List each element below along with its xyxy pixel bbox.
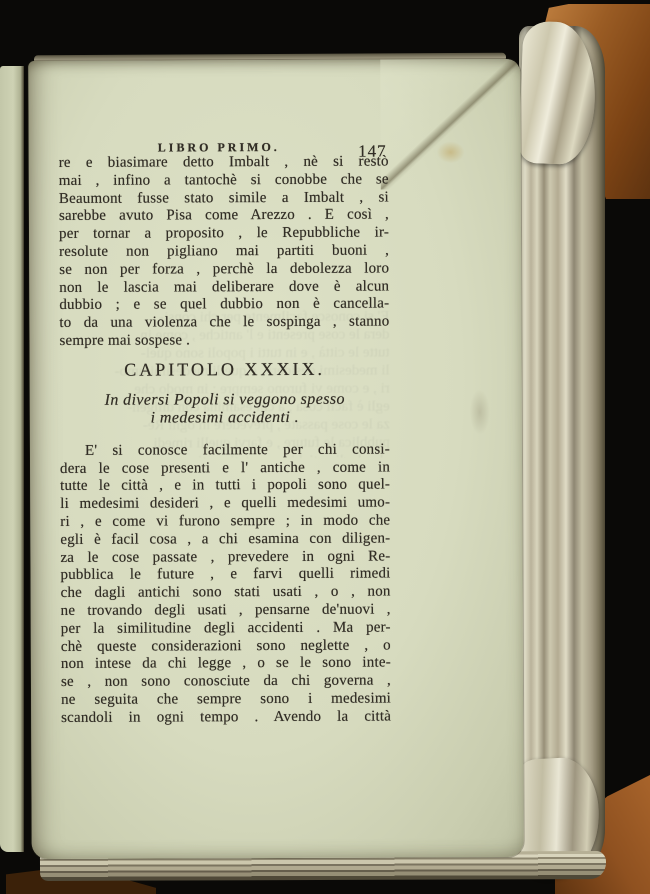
printed-text-block: LIBRO PRIMO. 147 re e biasimare detto Im… (59, 136, 392, 728)
text-line: dera le cose presenti e l' antiche , com… (60, 459, 390, 478)
text-line: per la similitudine degli accidenti . Ma… (61, 619, 391, 638)
page-corner-crease (380, 59, 521, 190)
text-line: se non per forza , perchè la debolezza l… (59, 260, 389, 279)
text-line: che dagli antichi sono stati usati , o ,… (61, 584, 391, 603)
text-line: pubblica le future , e farvi quelli rime… (60, 566, 390, 585)
text-line: chè queste considerazioni sono neglette … (61, 637, 391, 656)
text-line: non intese da chi legge , o se le sono i… (61, 655, 391, 674)
text-line: ri , e come vi furono sempre ; in modo c… (60, 512, 390, 531)
text-line: sarebbe avuto Pisa come Arezzo . E così … (59, 207, 389, 226)
text-line: re e biasimare detto Imbalt , nè si rest… (59, 154, 389, 173)
text-line: per tornar a proposito , le Repubbliche … (59, 225, 389, 244)
text-line: E' si conosce facilmente per chi consi- (60, 441, 390, 460)
text-line: resolute non pigliano mai partiti buoni … (59, 242, 389, 261)
text-line: ne seguita che sempre sono i medesimi (61, 690, 391, 709)
foxing-stain (437, 141, 465, 163)
running-head: LIBRO PRIMO. 147 (59, 136, 389, 153)
paragraph-1: re e biasimare detto Imbalt , nè si rest… (59, 154, 390, 351)
text-line: scandoli in ogni tempo . Avendo la città (61, 708, 391, 727)
text-line: to da una violenza che le sospinga , sta… (59, 314, 389, 333)
foxing-stain (470, 389, 490, 435)
text-line: se , non sono conosciute da chi governa … (61, 673, 391, 692)
text-line: dubbio ; e se quel dubbio non è cancella… (59, 296, 389, 315)
text-line: Beaumont fusse stato simile a Imbalt , s… (59, 189, 389, 208)
text-line: egli è facil cosa , a chi esamina con di… (60, 530, 390, 549)
text-line: mai , infino a tantochè si conobbe che s… (59, 171, 389, 190)
book-page: E' si conosce facilmente per chi consi-d… (28, 59, 523, 859)
text-line: ne trovando degli usati , pensarne de'nu… (61, 601, 391, 620)
text-line: tutte le città , e in tutti i popoli son… (60, 477, 390, 496)
text-line: non le lascia mai deliberare dove è alcu… (59, 278, 389, 297)
chapter-heading: CAPITOLO XXXIX. (60, 357, 390, 380)
text-line: li medesimi desideri , e quelli medesimi… (60, 495, 390, 514)
paragraph-2: E' si conosce facilmente per chi consi-d… (60, 441, 391, 727)
page-number: 147 (358, 142, 387, 162)
text-line: sempre mai sospese . (59, 331, 389, 350)
text-line: za le cose passate , prevedere in ogni R… (60, 548, 390, 567)
running-title: LIBRO PRIMO. (158, 140, 280, 156)
facing-page-sliver (0, 66, 24, 852)
subtitle-line: i medesimi accidenti . (60, 408, 390, 427)
book-scan: E' si conosce facilmente per chi consi-d… (0, 0, 650, 894)
chapter-subtitle: In diversi Popoli si veggono spessoi med… (60, 390, 390, 427)
subtitle-line: In diversi Popoli si veggono spesso (60, 390, 390, 409)
